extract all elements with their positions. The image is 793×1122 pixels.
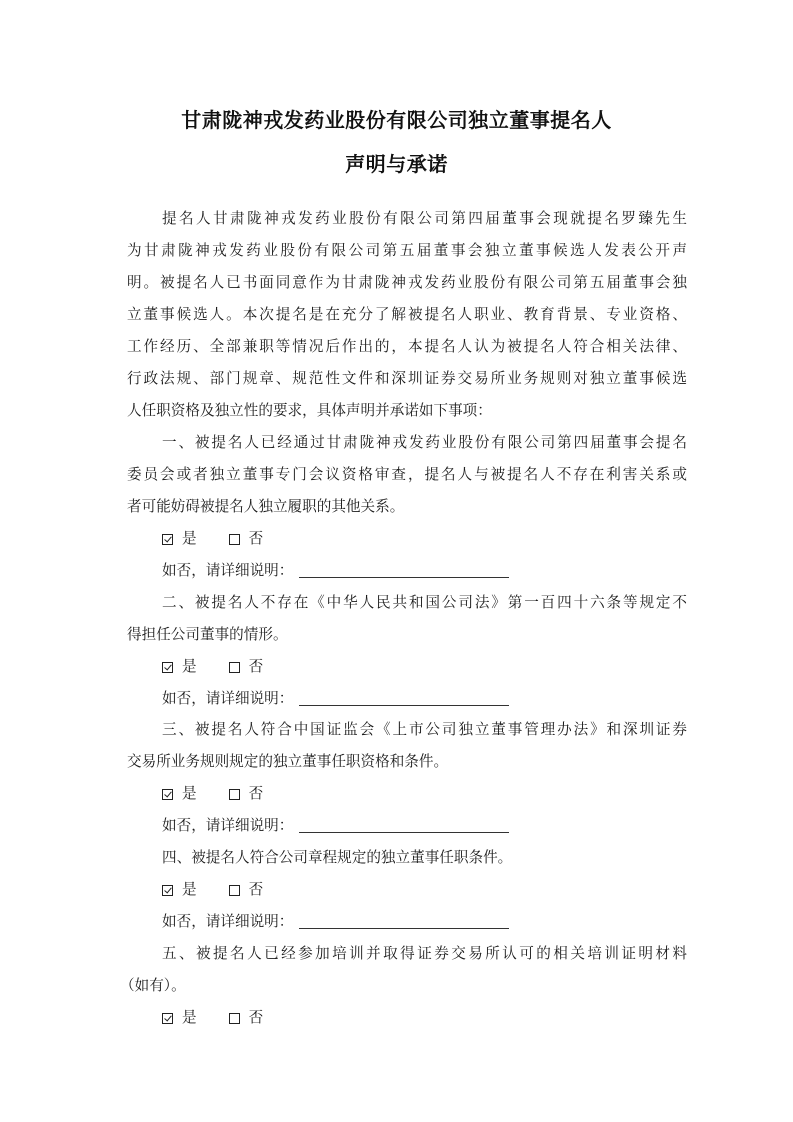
item-2-no-option[interactable]: 否 bbox=[229, 657, 264, 677]
item-1-text: 一、被提名人已经通过甘肃陇神戎发药业股份有限公司第四届董事会提名 bbox=[162, 433, 687, 453]
checkbox-empty-icon[interactable] bbox=[229, 534, 240, 545]
item-1-explain: 如否，请详细说明： bbox=[162, 561, 509, 581]
intro-line: 为甘肃陇神戎发药业股份有限公司第五届董事会独立董事候选人发表公开声 bbox=[127, 241, 687, 261]
item-1-no-option[interactable]: 否 bbox=[229, 529, 264, 549]
item-1-choice: 是 否 bbox=[162, 529, 263, 549]
intro-line: 行政法规、部门规章、规范性文件和深圳证券交易所业务规则对独立董事候选 bbox=[127, 369, 687, 389]
no-label: 否 bbox=[249, 657, 264, 677]
no-label: 否 bbox=[249, 1008, 264, 1028]
yes-label: 是 bbox=[182, 657, 197, 677]
intro-line: 明。被提名人已书面同意作为甘肃陇神戎发药业股份有限公司第五届董事会独 bbox=[127, 273, 687, 293]
item-3-choice: 是 否 bbox=[162, 784, 263, 804]
item-4-text: 四、被提名人符合公司章程规定的独立董事任职条件。 bbox=[162, 848, 687, 868]
item-3-explain: 如否，请详细说明： bbox=[162, 816, 509, 836]
item-5-text: 五、被提名人已经参加培训并取得证券交易所认可的相关培训证明材料 bbox=[162, 944, 687, 964]
item-5-no-option[interactable]: 否 bbox=[229, 1008, 264, 1028]
item-3-no-option[interactable]: 否 bbox=[229, 784, 264, 804]
explain-label: 如否，请详细说明： bbox=[162, 816, 293, 836]
item-2-explain: 如否，请详细说明： bbox=[162, 689, 509, 709]
yes-label: 是 bbox=[182, 784, 197, 804]
item-2-text: 二、被提名人不存在《中华人民共和国公司法》第一百四十六条等规定不 bbox=[162, 593, 687, 613]
document-subtitle: 声明与承诺 bbox=[0, 148, 793, 177]
no-label: 否 bbox=[249, 784, 264, 804]
document-title: 甘肃陇神戎发药业股份有限公司独立董事提名人 bbox=[0, 104, 793, 133]
explain-blank-field[interactable] bbox=[299, 704, 509, 706]
item-2-text: 得担任公司董事的情形。 bbox=[127, 625, 687, 645]
no-label: 否 bbox=[249, 529, 264, 549]
intro-line: 提名人甘肃陇神戎发药业股份有限公司第四届董事会现就提名罗臻先生 bbox=[162, 209, 687, 229]
item-4-choice: 是 否 bbox=[162, 880, 263, 900]
document-page: 甘肃陇神戎发药业股份有限公司独立董事提名人 声明与承诺 提名人甘肃陇神戎发药业股… bbox=[0, 0, 793, 1122]
item-3-text: 三、被提名人符合中国证监会《上市公司独立董事管理办法》和深圳证券 bbox=[162, 720, 687, 740]
no-label: 否 bbox=[249, 880, 264, 900]
checkbox-empty-icon[interactable] bbox=[229, 789, 240, 800]
item-4-explain: 如否，请详细说明： bbox=[162, 912, 509, 932]
checkbox-checked-icon[interactable] bbox=[162, 534, 173, 545]
item-5-choice: 是 否 bbox=[162, 1008, 263, 1028]
explain-label: 如否，请详细说明： bbox=[162, 689, 293, 709]
checkbox-checked-icon[interactable] bbox=[162, 885, 173, 896]
intro-line: 工作经历、全部兼职等情况后作出的，本提名人认为被提名人符合相关法律、 bbox=[127, 337, 687, 357]
item-1-text: 者可能妨碍被提名人独立履职的其他关系。 bbox=[127, 497, 687, 517]
item-5-yes-option[interactable]: 是 bbox=[162, 1008, 197, 1028]
item-3-text: 交易所业务规则规定的独立董事任职资格和条件。 bbox=[127, 752, 687, 772]
checkbox-empty-icon[interactable] bbox=[229, 662, 240, 673]
intro-line: 人任职资格及独立性的要求，具体声明并承诺如下事项： bbox=[127, 401, 687, 421]
explain-blank-field[interactable] bbox=[299, 927, 509, 929]
item-1-text: 委员会或者独立董事专门会议资格审查，提名人与被提名人不存在利害关系或 bbox=[127, 465, 687, 485]
checkbox-checked-icon[interactable] bbox=[162, 662, 173, 673]
yes-label: 是 bbox=[182, 529, 197, 549]
item-2-choice: 是 否 bbox=[162, 657, 263, 677]
item-5-text: （如有）。 bbox=[120, 976, 680, 996]
explain-label: 如否，请详细说明： bbox=[162, 912, 293, 932]
checkbox-empty-icon[interactable] bbox=[229, 885, 240, 896]
checkbox-checked-icon[interactable] bbox=[162, 1013, 173, 1024]
item-4-yes-option[interactable]: 是 bbox=[162, 880, 197, 900]
item-2-yes-option[interactable]: 是 bbox=[162, 657, 197, 677]
yes-label: 是 bbox=[182, 880, 197, 900]
intro-line: 立董事候选人。本次提名是在充分了解被提名人职业、教育背景、专业资格、 bbox=[127, 305, 687, 325]
checkbox-checked-icon[interactable] bbox=[162, 789, 173, 800]
explain-blank-field[interactable] bbox=[299, 576, 509, 578]
checkbox-empty-icon[interactable] bbox=[229, 1013, 240, 1024]
item-4-no-option[interactable]: 否 bbox=[229, 880, 264, 900]
item-1-yes-option[interactable]: 是 bbox=[162, 529, 197, 549]
explain-label: 如否，请详细说明： bbox=[162, 561, 293, 581]
yes-label: 是 bbox=[182, 1008, 197, 1028]
item-3-yes-option[interactable]: 是 bbox=[162, 784, 197, 804]
explain-blank-field[interactable] bbox=[299, 831, 509, 833]
